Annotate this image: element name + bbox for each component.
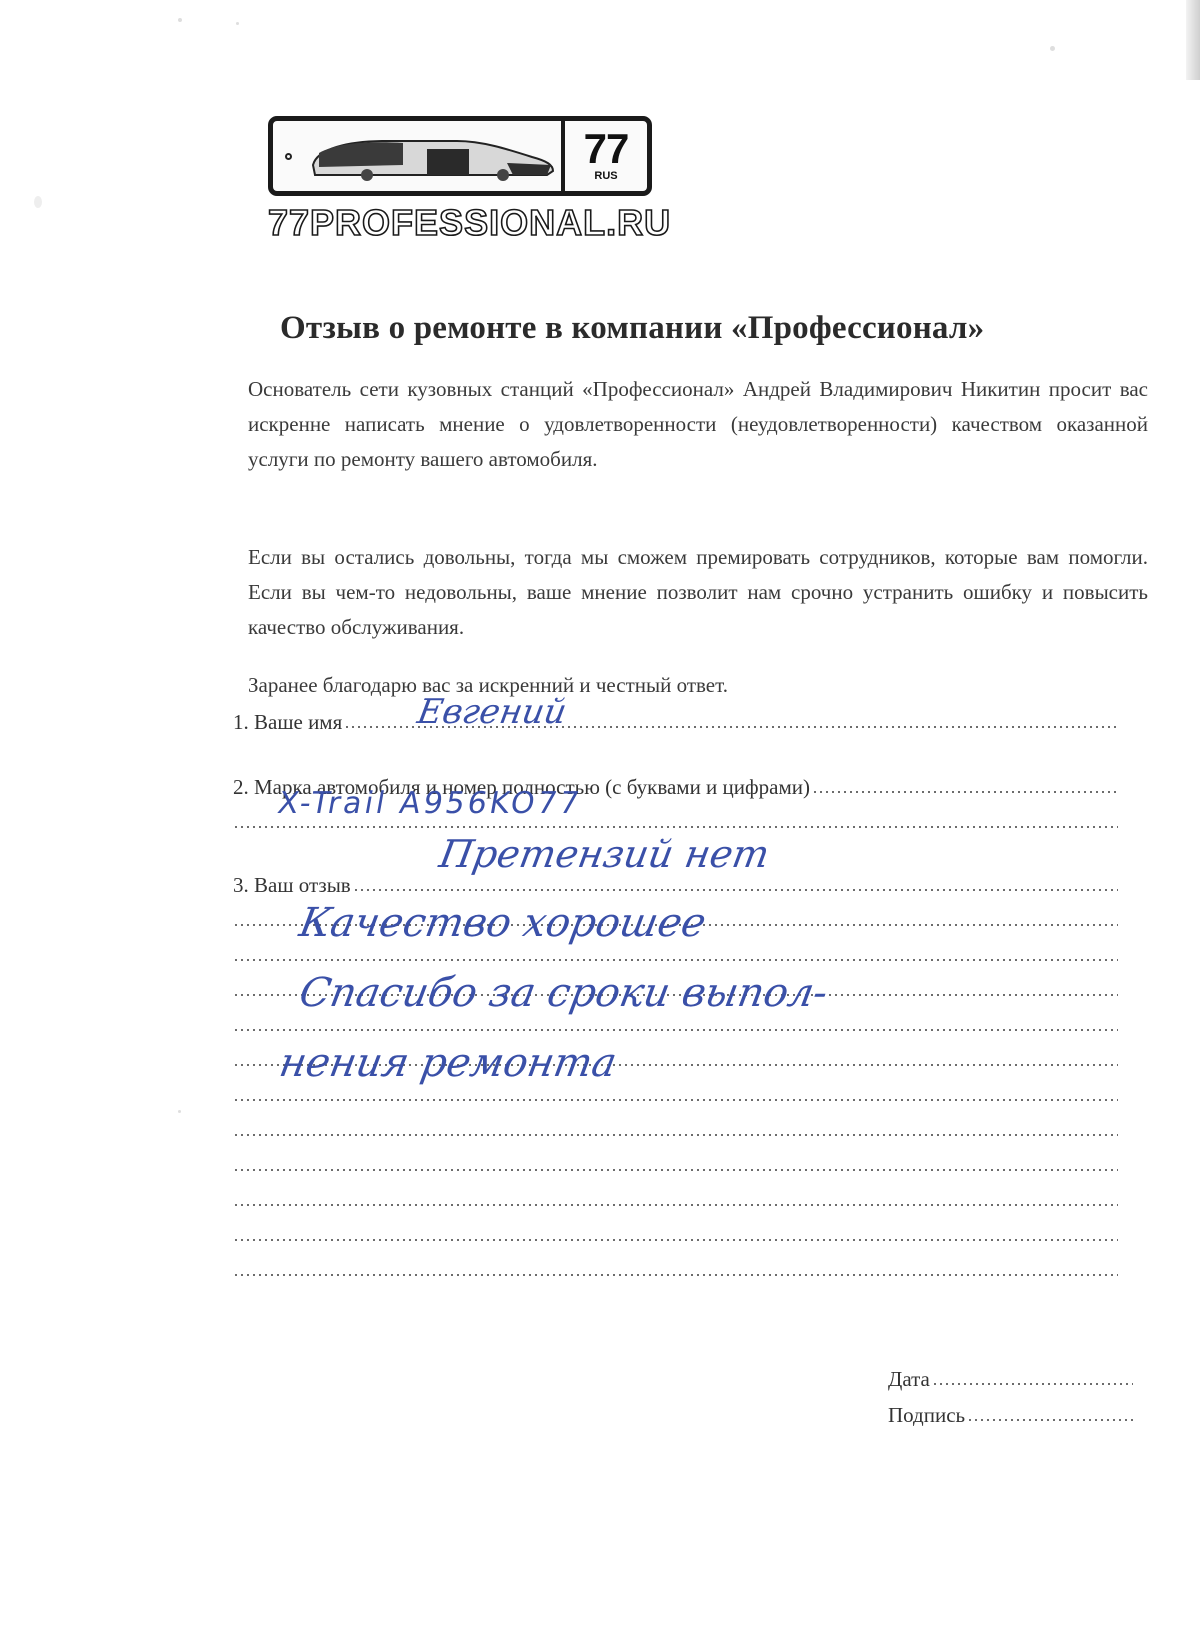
- dotted-line: [233, 958, 1118, 962]
- dotted-line: [233, 1133, 1118, 1137]
- logo-region-box: 77 RUS: [565, 121, 647, 191]
- license-plate-logo: 77 RUS: [268, 116, 652, 196]
- car-icon: [307, 135, 557, 181]
- dotted-line: [233, 1028, 1118, 1032]
- plate-bolt-icon: [285, 153, 292, 160]
- name-field[interactable]: 1. Ваше имя: [233, 705, 1118, 735]
- review-text-line-4: нения ремонта: [276, 1040, 620, 1086]
- signature-field[interactable]: Подпись: [888, 1398, 1133, 1428]
- review-line[interactable]: [233, 1113, 1118, 1143]
- review-field-label: 3. Ваш отзыв: [233, 873, 353, 898]
- review-line[interactable]: [233, 1253, 1118, 1283]
- region-country: RUS: [594, 170, 617, 182]
- scan-speck: [178, 1110, 181, 1113]
- logo-car-area: [273, 121, 565, 191]
- scan-speck: [236, 22, 239, 25]
- review-text-line-3: Спасибо за сроки выпол-: [296, 970, 831, 1016]
- scan-speck: [1050, 46, 1055, 51]
- scan-speck: [178, 18, 182, 22]
- name-field-label: 1. Ваше имя: [233, 710, 344, 735]
- intro-paragraph: Основатель сети кузовных станций «Профес…: [248, 372, 1148, 477]
- dotted-line: [353, 888, 1118, 892]
- scan-edge: [1186, 0, 1200, 80]
- review-text-line-1: Претензий нет: [436, 832, 773, 876]
- signature-label: Подпись: [888, 1403, 967, 1428]
- region-code: 77: [584, 130, 629, 168]
- dotted-line: [812, 790, 1118, 794]
- date-field[interactable]: Дата: [888, 1362, 1133, 1392]
- dotted-line: [233, 1203, 1118, 1207]
- review-line[interactable]: [233, 1148, 1118, 1178]
- dotted-line: [233, 1273, 1118, 1277]
- dotted-line: [233, 1168, 1118, 1172]
- dotted-line: [233, 825, 1118, 829]
- page-title: Отзыв о ремонте в компании «Профессионал…: [280, 310, 984, 347]
- thanks-paragraph: Заранее благодарю вас за искренний и чес…: [248, 668, 1148, 703]
- company-website: 77PROFESSIONAL.RU: [268, 202, 652, 244]
- reward-paragraph: Если вы остались довольны, тогда мы смож…: [248, 540, 1148, 645]
- dotted-line: [967, 1418, 1133, 1422]
- company-logo: 77 RUS 77PROFESSIONAL.RU: [268, 116, 652, 244]
- review-line[interactable]: [233, 1183, 1118, 1213]
- scan-speck: [34, 196, 42, 208]
- review-text-line-2: Качество хорошее: [296, 900, 709, 946]
- dotted-line: [233, 1238, 1118, 1242]
- dotted-line: [233, 1098, 1118, 1102]
- car-value: X-Trail A956KO77: [275, 786, 585, 821]
- name-value: Евгений: [414, 692, 569, 732]
- dotted-line: [932, 1382, 1133, 1386]
- review-line[interactable]: [233, 1218, 1118, 1248]
- date-label: Дата: [888, 1367, 932, 1392]
